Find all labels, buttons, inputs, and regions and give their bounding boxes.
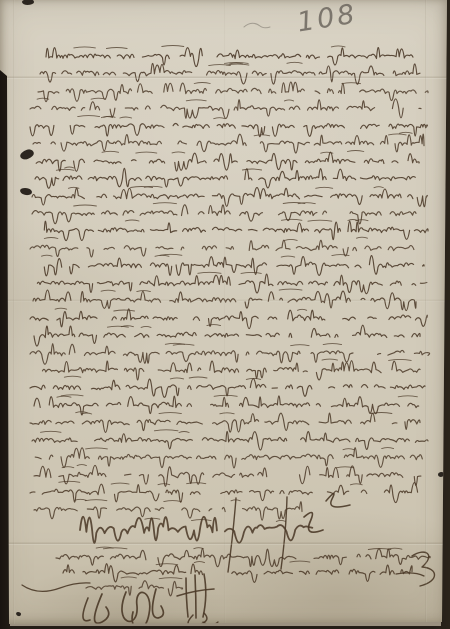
handwriting-stroke [74, 205, 97, 206]
handwriting-stroke [35, 168, 422, 188]
handwriting-stroke [153, 203, 176, 204]
handwriting-stroke [86, 448, 108, 449]
handwriting-stroke [75, 499, 87, 500]
handwriting-stroke [291, 345, 310, 346]
manuscript-scan: 108 [0, 0, 450, 629]
handwriting-stroke [63, 564, 412, 583]
handwriting-stroke [276, 520, 285, 521]
handwriting-stroke [350, 484, 362, 485]
handwriting-stroke [162, 46, 184, 47]
handwriting-stroke [62, 467, 74, 468]
handwriting-stroke [242, 169, 261, 170]
handwriting-stroke [321, 152, 333, 153]
handwriting-stroke [101, 290, 115, 291]
handwriting-stroke [279, 289, 302, 290]
handwriting-stroke [95, 594, 109, 623]
handwriting-stroke [396, 573, 424, 576]
handwriting-stroke [281, 256, 295, 257]
handwriting-stroke [172, 152, 185, 153]
handwriting-stroke [56, 169, 74, 170]
fold-crease-vertical [13, 0, 15, 629]
handwriting-stroke [298, 203, 315, 204]
handwriting-stroke [102, 151, 119, 152]
handwriting-stroke [125, 220, 139, 221]
handwriting-stroke [284, 100, 293, 101]
handwriting-stroke [254, 135, 270, 136]
handwriting-stroke [30, 379, 425, 398]
handwriting-stroke [226, 64, 249, 65]
handwriting-stroke [412, 552, 435, 586]
handwriting-stroke [42, 255, 53, 256]
handwriting-stroke [85, 500, 107, 501]
handwriting-stroke [36, 152, 419, 171]
handwriting-stroke [37, 274, 432, 294]
handwriting-stroke [34, 325, 420, 346]
handwriting-stroke [91, 98, 106, 99]
handwriting-stroke [22, 583, 90, 592]
handwriting-stroke [187, 483, 206, 484]
fold-crease-vertical [425, 0, 427, 629]
handwriting-stroke [34, 502, 302, 520]
handwriting-stroke [61, 395, 83, 396]
handwriting-stroke [287, 62, 302, 63]
handwriting-stroke [30, 483, 426, 503]
handwriting-stroke [101, 117, 112, 118]
handwriting-stroke [56, 548, 430, 566]
handwriting-stroke [173, 344, 194, 345]
handwriting-stroke [207, 325, 221, 326]
handwriting-stroke [189, 377, 207, 378]
handwriting-stroke [159, 578, 182, 579]
handwriting-stroke [77, 465, 86, 466]
handwriting-stroke [322, 359, 338, 360]
handwriting-stroke [30, 123, 427, 136]
handwriting-stroke [195, 575, 196, 618]
handwriting-stroke [220, 413, 234, 414]
handwriting-stroke [122, 592, 150, 629]
handwriting-stroke [152, 589, 163, 618]
handwriting-stroke [285, 239, 298, 240]
handwriting-stroke [34, 465, 429, 486]
handwriting-stroke [30, 344, 430, 365]
handwriting-stroke [203, 574, 206, 617]
handwriting-stroke [44, 221, 428, 240]
handwriting-stroke [41, 431, 62, 432]
handwriting-stroke [323, 344, 341, 345]
handwriting-stroke [304, 513, 323, 533]
handwriting-stroke [120, 117, 132, 118]
handwriting-stroke [68, 187, 79, 188]
handwriting-stroke [336, 467, 354, 468]
handwriting-stroke [331, 46, 345, 47]
handwriting-stroke [348, 220, 358, 221]
handwriting-stroke [78, 116, 100, 117]
handwriting-stroke [106, 48, 127, 49]
handwriting-stroke [194, 83, 210, 84]
handwriting-stroke [399, 132, 412, 133]
handwriting-stroke [388, 548, 402, 549]
handwriting-stroke [30, 309, 427, 329]
handwriting-stroke [159, 413, 181, 414]
manuscript-page: 108 [0, 0, 450, 629]
handwriting-stroke [244, 23, 270, 28]
handwriting-stroke [194, 548, 204, 549]
handwriting-stroke [37, 98, 49, 99]
handwriting-stroke [158, 484, 170, 485]
handwriting-stroke [33, 134, 424, 153]
handwriting-stroke [342, 83, 361, 84]
handwriting-stroke [347, 151, 363, 152]
handwriting-stroke [35, 448, 431, 468]
handwriting-stroke [398, 396, 417, 397]
handwriting-stroke [32, 188, 427, 207]
handwriting-stroke [65, 167, 74, 168]
handwriting-stroke [186, 100, 206, 101]
handwriting-stroke [111, 483, 129, 484]
handwriting-stroke [59, 481, 80, 482]
handwriting-stroke [382, 448, 394, 449]
handwriting-stroke [64, 376, 81, 377]
handwriting-stroke [194, 562, 204, 563]
handwriting-stroke [96, 547, 113, 548]
handwriting-stroke [155, 255, 169, 256]
handwriting-stroke [141, 326, 151, 327]
handwriting-stroke [332, 255, 349, 256]
handwriting-stroke [40, 63, 420, 84]
handwriting-stroke [374, 187, 383, 188]
handwriting-stroke [83, 598, 90, 621]
fold-crease-vertical [224, 0, 226, 629]
handwriting-stroke [316, 187, 333, 188]
handwriting-stroke [326, 493, 350, 507]
handwriting-stroke [121, 326, 133, 327]
handwriting-stroke [30, 240, 423, 257]
handwriting-stroke [121, 577, 136, 578]
handwriting-stroke [34, 396, 436, 415]
handwriting-stroke [389, 359, 412, 360]
handwriting-stroke [156, 564, 178, 565]
handwriting-stroke [57, 396, 71, 397]
handwriting-stroke [32, 431, 428, 449]
handwriting-stroke [357, 237, 368, 238]
handwriting-stroke [55, 308, 67, 309]
handwriting-stroke [114, 310, 135, 311]
handwriting-stroke [371, 413, 392, 414]
handwriting-stroke [298, 309, 307, 310]
handwriting-stroke [154, 430, 178, 431]
handwriting-stroke [86, 581, 183, 596]
handwriting-stroke [343, 449, 354, 450]
handwriting-stroke [170, 378, 183, 379]
handwriting-stroke [103, 548, 127, 549]
handwriting-stroke [81, 413, 91, 414]
handwriting-stroke [389, 134, 407, 135]
handwriting-stroke [186, 578, 188, 617]
handwriting-stroke [74, 47, 96, 48]
handwriting-stroke [107, 326, 128, 327]
handwriting-stroke [44, 256, 424, 276]
handwriting-stroke [241, 272, 261, 273]
handwriting-stroke [136, 152, 157, 153]
handwriting-stroke [44, 238, 58, 239]
handwriting-stroke [281, 219, 302, 220]
handwriting-stroke [308, 220, 332, 221]
handwriting-stroke [179, 432, 189, 433]
handwriting-stroke [198, 272, 221, 273]
handwriting-stroke [131, 187, 153, 188]
handwriting-stroke [164, 501, 181, 502]
handwriting-stroke [290, 561, 310, 562]
handwriting-stroke [43, 361, 421, 380]
